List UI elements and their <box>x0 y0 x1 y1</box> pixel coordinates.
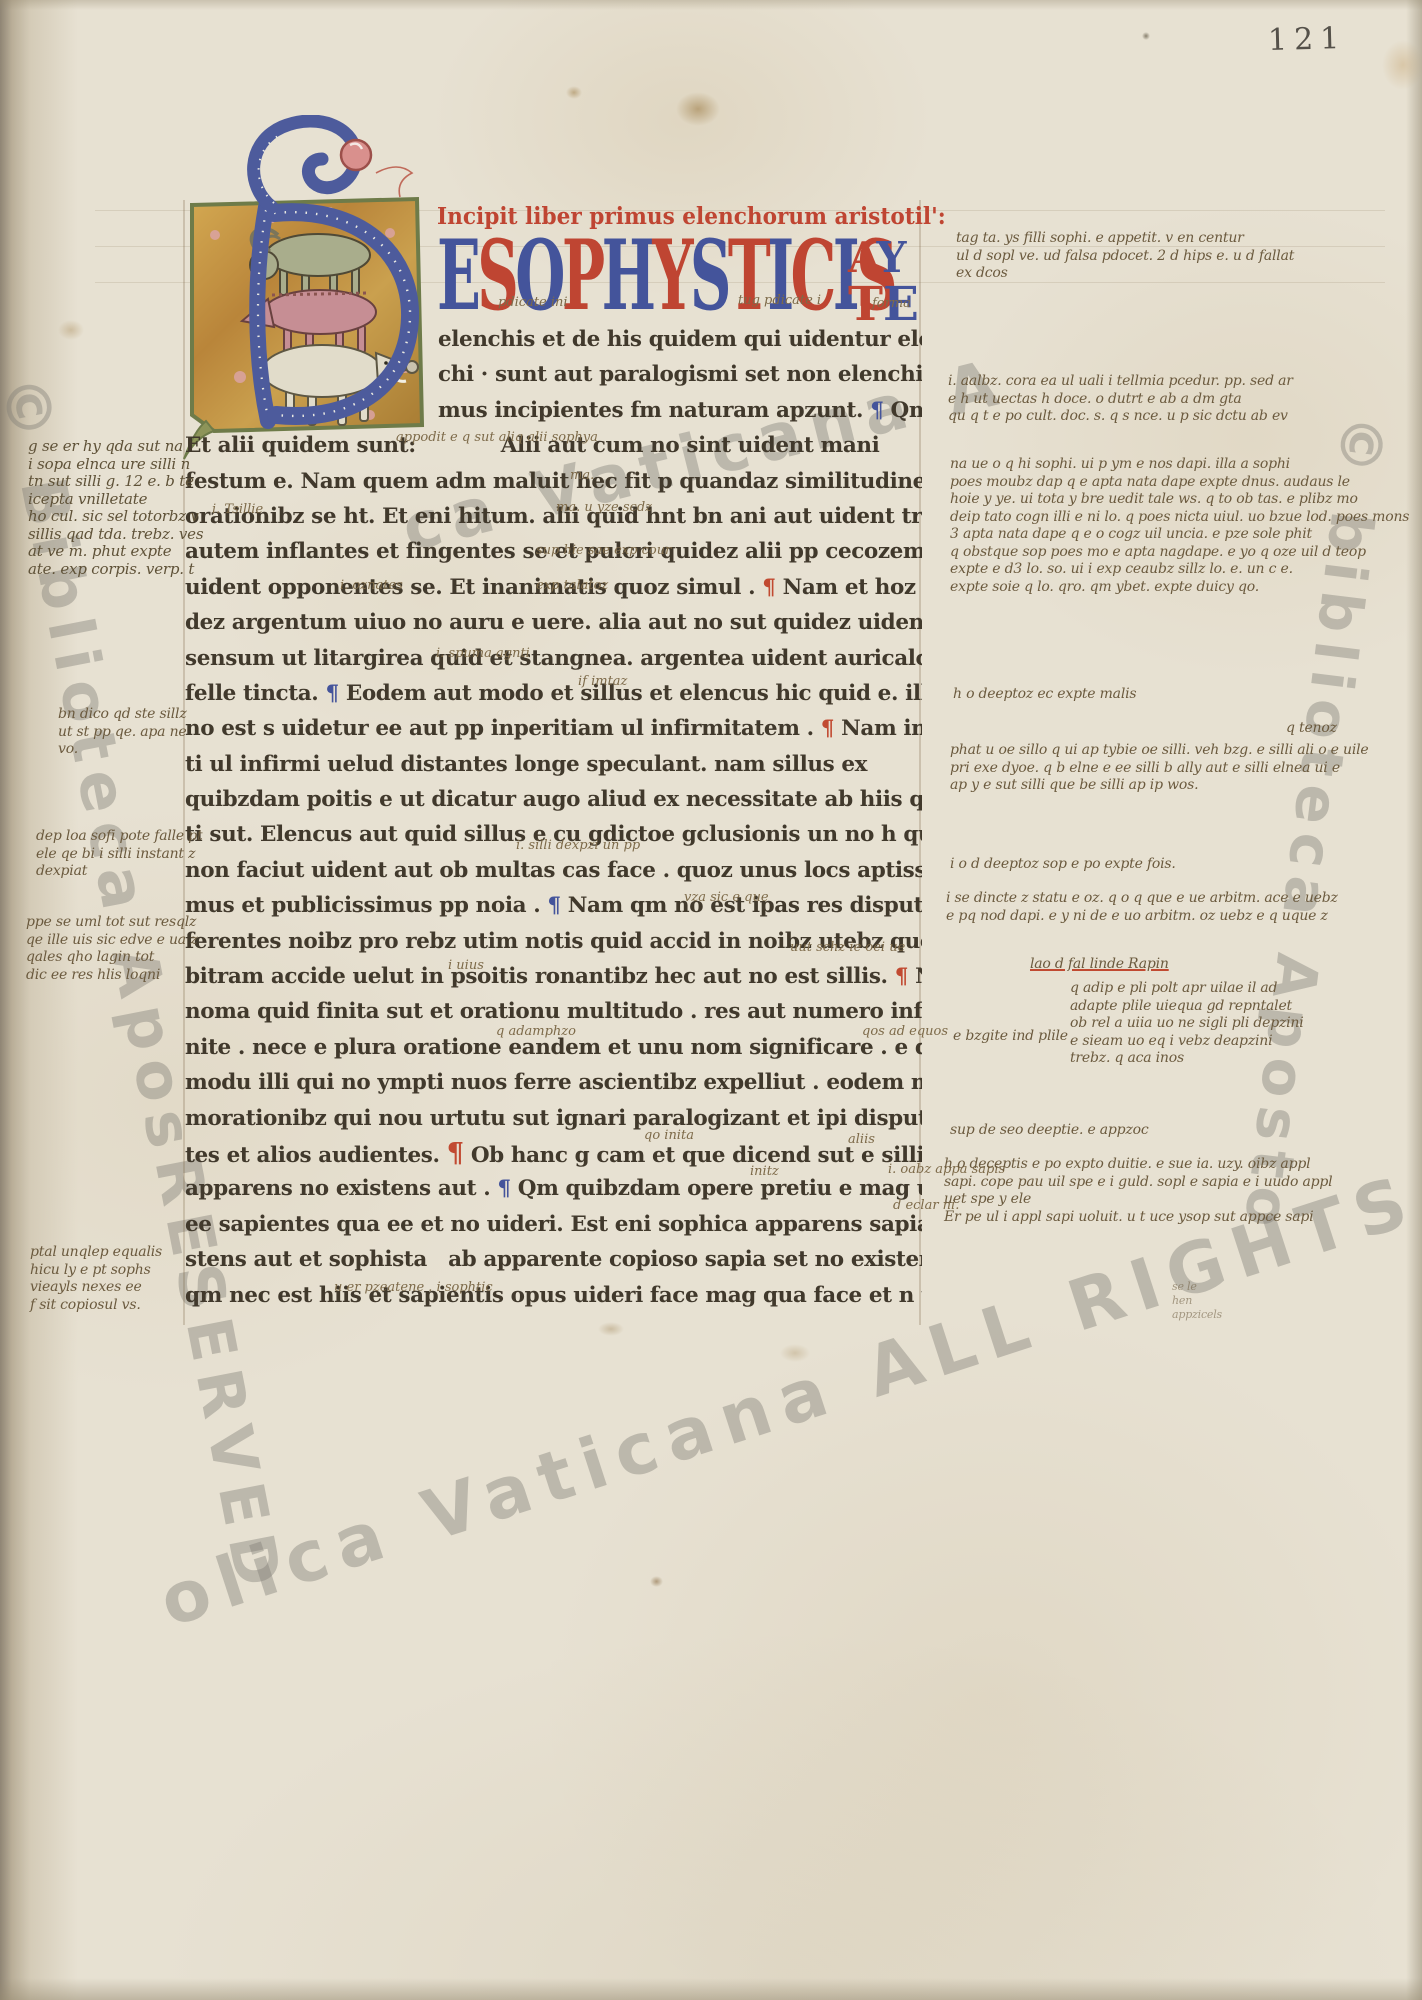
margin-gloss-cluster: i. aalbz. cora ea ul uali i tellmia pced… <box>948 373 1293 426</box>
margin-gloss-line: sillis qad tda. trebz. ves <box>28 526 203 544</box>
margin-gloss-line: h o deeptoz ec expte malis <box>953 686 1136 704</box>
text-segment: uident opponentes se. Et inanimatis quoz… <box>185 575 762 600</box>
margin-gloss-cluster: sup de seo deeptie. e appzoc <box>950 1122 1149 1140</box>
display-capital: Y <box>652 219 690 332</box>
paragraph-mark: ¶ <box>870 398 883 423</box>
margin-gloss-line: vo. <box>58 741 187 759</box>
margin-gloss-line: q tenoz <box>1286 720 1337 738</box>
interlinear-gloss: initz <box>750 1164 779 1179</box>
margin-gloss-line: i. aalbz. cora ea ul uali i tellmia pced… <box>948 373 1293 391</box>
text-segment: sensum ut litargirea quid et stangnea. a… <box>185 646 922 671</box>
margin-gloss-line: qales qho lagin tot <box>26 949 197 967</box>
margin-gloss-line: i sopa elnca ure silli n <box>28 456 203 474</box>
interlinear-gloss: i. spuma agnti <box>436 646 530 661</box>
margin-gloss-line: h o deceptis e po expto duitie. e sue ia… <box>944 1156 1332 1174</box>
text-segment: qm nec est hiis et sapientis opus uideri… <box>185 1283 922 1308</box>
margin-gloss-cluster: g se er hy qda sut nai sopa elnca ure si… <box>28 438 203 578</box>
margin-gloss-line: sup de seo deeptie. e appzoc <box>950 1122 1149 1140</box>
text-segment: Qm quibzdam opere pretiu e mag uiden <box>511 1176 922 1201</box>
margin-gloss-line: tn sut silli g. 12 e. b te <box>28 473 203 491</box>
folio-number: 121 <box>1268 21 1347 58</box>
margin-gloss-line: q adip e pli polt apr uilae il ad <box>1070 980 1304 998</box>
stain <box>1142 32 1150 40</box>
text-line: qm nec est hiis et sapientis opus uideri… <box>185 1278 922 1313</box>
margin-gloss-line: qu q t e po cult. doc. s. q s nce. u p s… <box>948 408 1293 426</box>
stain <box>650 1576 663 1587</box>
margin-gloss-line: deip tato cogn illi e ni lo. q poes nict… <box>950 509 1409 527</box>
display-capital: T <box>728 219 767 332</box>
margin-gloss-line: dep loa sofi pote falle pt <box>36 828 202 846</box>
text-segment: Nam inpi <box>834 716 922 741</box>
display-capital: E <box>437 219 477 332</box>
interlinear-gloss: q adamphzo <box>496 1024 576 1039</box>
margin-gloss-line: dexpiat <box>36 863 202 881</box>
display-capital: C <box>791 219 833 332</box>
text-segment: festum e. Nam quem adm maluit hec fit p … <box>185 469 922 494</box>
initial-top-flourish <box>254 121 371 207</box>
stain <box>1382 40 1422 90</box>
margin-gloss-line: hicu ly e pt sophs <box>30 1262 162 1280</box>
stain <box>58 320 84 340</box>
text-line: ti ul infirmi uelud distantes longe spec… <box>185 747 922 782</box>
margin-gloss-cluster: ptal unqlep equalishicu ly e pt sophsvie… <box>30 1244 162 1314</box>
text-segment: tes et alios audientes. <box>185 1143 447 1168</box>
margin-gloss-line: tag ta. ys filli sophi. e appetit. v en … <box>956 230 1294 248</box>
text-line: mus incipientes fm naturam apzunt. ¶ Qm <box>438 393 922 428</box>
text-segment: Nam et hoz qui <box>776 575 922 600</box>
interlinear-gloss: pdicate ini <box>498 295 568 310</box>
text-line: elenchis et de his quidem qui uidentur e… <box>438 322 922 357</box>
text-segment: morationibz qui nou urtutu sut ignari pa… <box>185 1106 922 1131</box>
margin-gloss-line: lao d fal linde Rapin <box>1030 956 1169 974</box>
text-segment: Eodem aut modo et sillus et elencus hic … <box>339 681 922 706</box>
margin-gloss-cluster: q tenoz <box>1286 720 1337 738</box>
text-segment: ee sapientes qua ee et no uideri. Est en… <box>185 1212 922 1237</box>
interlinear-gloss: ma. u yze scdz <box>556 500 652 515</box>
interlinear-gloss: exp talatoz <box>536 578 608 593</box>
margin-gloss-line: Er pe ul i appl sapi uoluit. u t uce yso… <box>944 1209 1332 1227</box>
margin-gloss-line: icepta vnilletate <box>28 491 203 509</box>
text-line: stens aut et sophista ab apparente copio… <box>185 1242 922 1277</box>
margin-gloss-line: phat u oe sillo q ui ap tybie oe silli. … <box>950 742 1368 760</box>
margin-gloss-line: e pq nod dapi. e y ni de e uo arbitm. oz… <box>946 908 1338 926</box>
margin-gloss-line: adapte plile uiequa gd repntalet <box>1070 998 1304 1016</box>
page-bottom-edge-shadow <box>0 1978 1422 2000</box>
margin-gloss-line: ul d sopl ve. ud falsa pdocet. 2 d hips … <box>956 248 1294 266</box>
text-segment: modu illi qui no ympti nuos ferre ascien… <box>185 1070 922 1095</box>
margin-gloss-line: trebz. q aca inos <box>1070 1050 1304 1068</box>
margin-gloss-line: at ve m. phut expte <box>28 543 203 561</box>
title-stacked-top: AY <box>848 237 919 279</box>
title-stacked-letters: AY TE <box>848 237 919 328</box>
red-pen-flourish <box>376 167 412 197</box>
margin-gloss-cluster: se lehenappzicels <box>1172 1280 1222 1322</box>
margin-gloss-cluster: e bzgite ind plile <box>953 1028 1068 1046</box>
text-line: sensum ut litargirea quid et stangnea. a… <box>185 641 922 676</box>
paragraph-mark: ¶ <box>325 681 338 706</box>
interlinear-gloss: tug pdicate i <box>738 293 821 308</box>
margin-gloss-line: q obstque sop poes mo e apta nagdape. e … <box>950 544 1409 562</box>
interlinear-gloss: i uius <box>448 958 484 973</box>
display-capital: A <box>848 233 877 282</box>
margin-gloss-line: ppe se uml tot sut resqlz <box>26 914 197 932</box>
margin-gloss-line: ut st pp qe. apa ne <box>58 724 187 742</box>
margin-gloss-line: ex dcos <box>956 265 1294 283</box>
margin-gloss-line: dic ee res hlis loqni <box>26 967 197 985</box>
interlinear-gloss: sup hie sae exp cour <box>536 543 671 558</box>
text-line: apparens no existens aut . ¶ Qm quibzdam… <box>185 1171 922 1206</box>
margin-gloss-line: bn dico qd ste sillz <box>58 706 187 724</box>
paragraph-mark: ¶ <box>895 964 908 989</box>
margin-gloss-cluster: q adip e pli polt apr uilae il adadapte … <box>1070 980 1304 1068</box>
text-line: no est s uidetur ee aut pp inperitiam ul… <box>185 711 922 746</box>
text-segment: noma quid finita sut et orationu multitu… <box>185 999 922 1024</box>
text-segment: bitram accide uelut in psoitis ronantibz… <box>185 964 895 989</box>
margin-gloss-line: ele qe bi i silli instant z <box>36 846 202 864</box>
text-segment: Qm <box>883 398 922 423</box>
margin-gloss-line: ptal unqlep equalis <box>30 1244 162 1262</box>
margin-gloss-line: appzicels <box>1172 1308 1222 1322</box>
margin-gloss-line: pri exe dyoe. q b elne e ee silli b ally… <box>950 760 1368 778</box>
page-top-edge-shadow <box>0 0 1422 10</box>
margin-gloss-line: f sit copiosul vs. <box>30 1297 162 1315</box>
display-capital: I <box>767 219 790 332</box>
display-capital: Y <box>877 233 905 282</box>
text-line: chi · sunt aut paralogismi set non elenc… <box>438 357 922 392</box>
paragraph-mark: ¶ <box>497 1176 510 1201</box>
paragraph-mark: ¶ <box>821 716 834 741</box>
text-line: bitram accide uelut in psoitis ronantibz… <box>185 959 922 994</box>
margin-gloss-line: expte soie q lo. qro. qm ybet. expte dui… <box>950 579 1409 597</box>
stain <box>676 92 720 126</box>
interlinear-gloss: i. silli dexpzi un pp <box>516 838 640 853</box>
interlinear-gloss: aliis <box>848 1132 875 1147</box>
paragraph-mark: ¶ <box>547 893 560 918</box>
margin-gloss-line: e bzgite ind plile <box>953 1028 1068 1046</box>
text-segment: no est s uidetur ee aut pp inperitiam ul… <box>185 716 821 741</box>
interlinear-gloss: if imtaz <box>578 674 627 689</box>
interlinear-gloss: i. oznates <box>340 578 403 593</box>
margin-gloss-line: sapi. cope pau uil spe e i guld. sopl e … <box>944 1174 1332 1192</box>
margin-gloss-cluster: tag ta. ys filli sophi. e appetit. v en … <box>956 230 1294 283</box>
margin-gloss-line: ho cul. sic sel totorbz v <box>28 508 203 526</box>
text-line: festum e. Nam quem adm maluit hec fit p … <box>185 464 922 499</box>
margin-gloss-line: qe ille uis sic edve e ua z <box>26 932 197 950</box>
margin-gloss-cluster: ppe se uml tot sut resqlzqe ille uis sic… <box>26 914 197 984</box>
text-segment: quibzdam poitis e ut dicatur augo aliud … <box>185 787 922 812</box>
paragraph-mark: ¶ <box>762 575 775 600</box>
interlinear-gloss: forma <box>872 296 911 311</box>
interlinear-gloss: qo inita <box>644 1128 694 1143</box>
margin-gloss-cluster: h o deceptis e po expto duitie. e sue ia… <box>944 1156 1332 1226</box>
margin-gloss-line: se le <box>1172 1280 1222 1294</box>
margin-gloss-line: e sieam uo eq i vebz deapzini <box>1070 1033 1304 1051</box>
interlinear-gloss: uut schz ie oei ue <box>790 940 905 955</box>
text-line: felle tincta. ¶ Eodem aut modo et sillus… <box>185 676 922 711</box>
text-segment: stens aut et sophista ab apparente copio… <box>185 1247 922 1272</box>
interlinear-gloss: qos ad equos <box>862 1024 948 1039</box>
text-segment: non faciut uident aut ob multas cas face… <box>185 858 922 883</box>
text-line: orationibz se ht. Et eni hitum. alii qui… <box>185 499 922 534</box>
margin-gloss-line: poes moubz dap q e apta nata dape expte … <box>950 474 1409 492</box>
text-segment: mus et publicissimus pp noia . <box>185 893 547 918</box>
page-right-edge-shadow <box>1406 0 1422 2000</box>
margin-gloss-line: hen <box>1172 1294 1222 1308</box>
interlinear-gloss: i. Tsillie <box>212 502 263 517</box>
page-left-edge-shadow <box>0 0 80 2000</box>
text-line: modu illi qui no ympti nuos ferre ascien… <box>185 1065 922 1100</box>
margin-gloss-cluster: lao d fal linde Rapin <box>1030 956 1169 974</box>
margin-gloss-line: hoie y ye. ui tota y bre uedit tale ws. … <box>950 491 1409 509</box>
text-segment: dez argentum uiuo no auru e uere. alia a… <box>185 610 922 635</box>
interlinear-gloss: ma. <box>570 468 594 483</box>
margin-gloss-line: g se er hy qda sut na <box>28 438 203 456</box>
margin-gloss-line: ate. exp corpis. verp. t <box>28 561 203 579</box>
margin-gloss-line: i se dincte z statu e oz. q o q que e ue… <box>946 890 1338 908</box>
margin-gloss-line: uet spe y ele <box>944 1191 1332 1209</box>
margin-gloss-line: e h ut uectas h doce. o dutrt e ab a dm … <box>948 391 1293 409</box>
margin-gloss-line: i o d deeptoz sop e po expte fois. <box>950 856 1176 874</box>
display-capital: S <box>690 219 728 332</box>
paragraph-mark: ¶ <box>447 1137 464 1169</box>
margin-gloss-cluster: dep loa sofi pote falle ptele qe bi i si… <box>36 828 202 881</box>
text-line: quibzdam poitis e ut dicatur augo aliud … <box>185 782 922 817</box>
margin-gloss-line: 3 apta nata dape q e o cogz uil uncia. e… <box>950 526 1409 544</box>
text-line: dez argentum uiuo no auru e uere. alia a… <box>185 605 922 640</box>
text-segment: Nam <box>908 964 922 989</box>
stain <box>566 86 582 99</box>
margin-gloss-cluster: phat u oe sillo q ui ap tybie oe silli. … <box>950 742 1368 795</box>
margin-gloss-line: vieayls nexes ee <box>30 1279 162 1297</box>
text-segment: apparens no existens aut . <box>185 1176 497 1201</box>
interlinear-gloss: u er pzeatene . i sophtic <box>334 1280 493 1295</box>
main-text-block: elenchis et de his quidem qui uidentur e… <box>185 322 922 1332</box>
text-line: non faciut uident aut ob multas cas face… <box>185 853 922 888</box>
margin-gloss-line: expte e d3 lo. so. ui i exp ceaubz sillz… <box>950 561 1409 579</box>
text-segment: orationibz se ht. Et eni hitum. alii qui… <box>185 504 922 529</box>
text-segment: ti ul infirmi uelud distantes longe spec… <box>185 752 867 777</box>
margin-gloss-cluster: bn dico qd ste sillzut st pp qe. apa nev… <box>58 706 187 759</box>
text-line: mus et publicissimus pp noia . ¶ Nam qm … <box>185 888 922 923</box>
display-capital: S <box>477 219 515 332</box>
interlinear-gloss: vza sic e que <box>684 890 769 905</box>
margin-gloss-cluster: i o d deeptoz sop e po expte fois. <box>950 856 1176 874</box>
text-line: ee sapientes qua ee et no uideri. Est en… <box>185 1207 922 1242</box>
text-segment: elenchis et de his quidem qui uidentur e… <box>438 327 922 352</box>
display-capital: O <box>515 219 562 332</box>
display-capital: P <box>562 219 602 332</box>
margin-gloss-cluster: i se dincte z statu e oz. q o q que e ue… <box>946 890 1338 925</box>
display-capital: H <box>602 219 653 332</box>
text-line: morationibz qui nou urtutu sut ignari pa… <box>185 1101 922 1136</box>
margin-gloss-line: ap y e sut silli que be silli ap ip wos. <box>950 777 1368 795</box>
margin-gloss-cluster: h o deeptoz ec expte malis <box>953 686 1136 704</box>
text-line: tes et alios audientes. ¶ Ob hanc g cam … <box>185 1136 922 1171</box>
interlinear-gloss: appodit e q sut aliq alii sophya <box>396 430 598 445</box>
margin-gloss-line: ob rel a uiia uo ne sigli pli depzini <box>1070 1015 1304 1033</box>
margin-gloss-line: na ue o q hi sophi. ui p ym e nos dapi. … <box>950 456 1409 474</box>
text-segment: felle tincta. <box>185 681 325 706</box>
text-segment: mus incipientes fm naturam apzunt. <box>438 398 870 423</box>
margin-gloss-cluster: na ue o q hi sophi. ui p ym e nos dapi. … <box>950 456 1409 596</box>
text-segment: chi · sunt aut paralogismi set non elenc… <box>438 362 922 387</box>
manuscript-page: { "page": { "folio_number": "121" }, "ru… <box>0 0 1422 2000</box>
